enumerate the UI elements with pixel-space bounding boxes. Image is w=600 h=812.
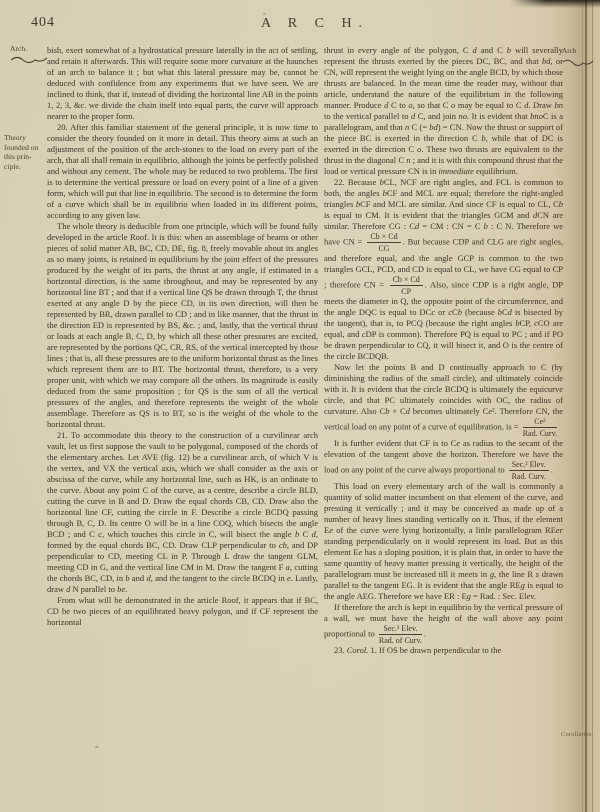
page-number: 404: [31, 15, 55, 31]
page-title: A R C H.: [60, 16, 570, 32]
fraction-denominator: Rad. Curv.: [523, 428, 557, 438]
gutter-line: [582, 0, 583, 812]
text-column-right: thrust in every angle of the polygon, C …: [324, 45, 563, 656]
italic-text: o: [451, 100, 455, 110]
margin-note-corollaries: Corollaries.: [561, 730, 593, 740]
italic-text: immediate: [438, 166, 473, 176]
paper-speck: [70, 408, 73, 410]
fraction-numerator: Sec.² Elev.: [509, 460, 549, 471]
italic-text: c: [448, 307, 452, 317]
paragraph: thrust in every angle of the polygon, C …: [324, 45, 563, 177]
italic-text: o: [417, 144, 421, 154]
italic-text: n: [406, 155, 410, 165]
italic-text: o: [408, 100, 412, 110]
paragraph: 20. After this familiar statement of the…: [47, 122, 318, 221]
fraction-numerator: Cb × Cd: [390, 275, 423, 286]
italic-text: n: [405, 122, 409, 132]
margin-note-line: this prin-: [4, 152, 50, 162]
italic-text: er: [556, 525, 563, 535]
gutter-line: [585, 0, 587, 812]
italic-text: bn: [554, 100, 563, 110]
paragraph: The whole theory is deducible from one p…: [47, 221, 318, 430]
inline-fraction: Cb × CdCG: [367, 232, 400, 253]
paragraph: Now let the points B and D continually a…: [324, 362, 563, 438]
fraction-denominator: Rad. Curv.: [509, 471, 549, 481]
inline-fraction: Sec.² Elev.Rad. Curv.: [509, 460, 549, 481]
italic-text: d: [146, 573, 150, 583]
italic-text: c: [362, 329, 366, 339]
fraction-denominator: Rad. of Curv.: [379, 635, 422, 645]
italic-text: e: [359, 547, 363, 557]
paragraph: It is further evident that CF is to Ce a…: [324, 438, 563, 481]
italic-text: e: [329, 525, 333, 535]
book-page: 404 A R C H. Arch. Theoryfounded onthis …: [0, 0, 600, 812]
italic-text: bno: [530, 111, 543, 121]
italic-text: b: [481, 133, 485, 143]
paper-speck: [95, 746, 99, 748]
paragraph: 22. Because bCL, NCF are right angles, a…: [324, 177, 563, 362]
fraction-numerator: Sec.³ Elev.: [379, 624, 422, 635]
italic-text: s: [536, 569, 539, 579]
italic-text: no: [458, 111, 467, 121]
italic-text: b: [295, 529, 299, 539]
paragraph: 23. Corol. 1. If OS be drawn perpendicul…: [324, 645, 563, 656]
italic-text: e: [488, 406, 492, 416]
italic-text: d: [406, 406, 410, 416]
italic-text: b: [498, 307, 502, 317]
italic-text: b: [380, 177, 384, 187]
italic-text: g: [467, 591, 471, 601]
corner-shadow: [510, 0, 600, 8]
fraction-numerator: Ce²: [523, 417, 557, 428]
italic-text: d: [508, 307, 512, 317]
italic-text: d: [66, 584, 70, 594]
italic-text: d: [411, 111, 415, 121]
fraction-denominator: CG: [367, 243, 400, 253]
section-flourish-icon: [10, 55, 48, 64]
italic-text: b: [559, 199, 563, 209]
margin-note-line: founded on: [4, 143, 50, 153]
italic-text: d: [312, 529, 316, 539]
paragraph: bish, exert somewhat of a hydrostatical …: [47, 45, 318, 122]
gutter-line: [592, 0, 593, 812]
italic-text: be: [117, 584, 125, 594]
margin-note-line: Theory: [4, 133, 50, 143]
italic-text: b: [383, 188, 387, 198]
italic-text: d: [524, 100, 528, 110]
margin-note-label: Arch: [562, 47, 576, 55]
italic-text: b: [484, 221, 488, 231]
italic-text: Corol.: [347, 645, 369, 655]
fraction-numerator: Cb × Cd: [367, 232, 400, 243]
italic-text: bd: [429, 122, 438, 132]
italic-text: b: [507, 45, 511, 55]
italic-text: d: [533, 210, 537, 220]
italic-text: e: [287, 573, 291, 583]
italic-text: d: [473, 45, 477, 55]
italic-text: b: [356, 199, 360, 209]
italic-text: c: [431, 307, 435, 317]
italic-text: b: [385, 406, 389, 416]
italic-text: c: [534, 318, 538, 328]
margin-note-theory: Theoryfounded onthis prin-ciple.: [4, 133, 50, 171]
italic-text: b: [458, 307, 462, 317]
italic-text: d: [415, 221, 419, 231]
text-column-left: bish, exert somewhat of a hydrostatical …: [47, 45, 318, 628]
margin-note-line: ciple.: [4, 162, 50, 172]
italic-text: g: [490, 569, 494, 579]
italic-text: c: [98, 529, 102, 539]
italic-text: g: [521, 580, 525, 590]
paragraph: From what will be demonstrated in the ar…: [47, 595, 318, 628]
margin-note-arch-left: Arch.: [10, 44, 48, 64]
italic-text: cb: [279, 540, 287, 550]
italic-text: a: [286, 562, 290, 572]
paragraph: If therefore the arch is kept in equilib…: [324, 602, 563, 645]
italic-text: b: [125, 573, 129, 583]
paper-speck: [263, 13, 266, 15]
paragraph: 21. To accommodate this theory to the co…: [47, 430, 318, 595]
inline-fraction: Cb × CdCP: [390, 275, 423, 296]
italic-text: e: [456, 438, 460, 448]
section-flourish-icon: [562, 58, 594, 67]
fraction-denominator: CP: [390, 286, 423, 296]
italic-text: b: [515, 318, 519, 328]
margin-note-arch-right: Arch: [562, 47, 594, 67]
inline-fraction: Ce²Rad. Curv.: [523, 417, 557, 438]
italic-text: bd: [542, 56, 551, 66]
italic-text: d: [384, 100, 388, 110]
paragraph: This load on every elementary arch of th…: [324, 481, 563, 602]
inline-fraction: Sec.³ Elev.Rad. of Curv.: [379, 624, 422, 645]
margin-note-label: Arch.: [10, 44, 27, 53]
